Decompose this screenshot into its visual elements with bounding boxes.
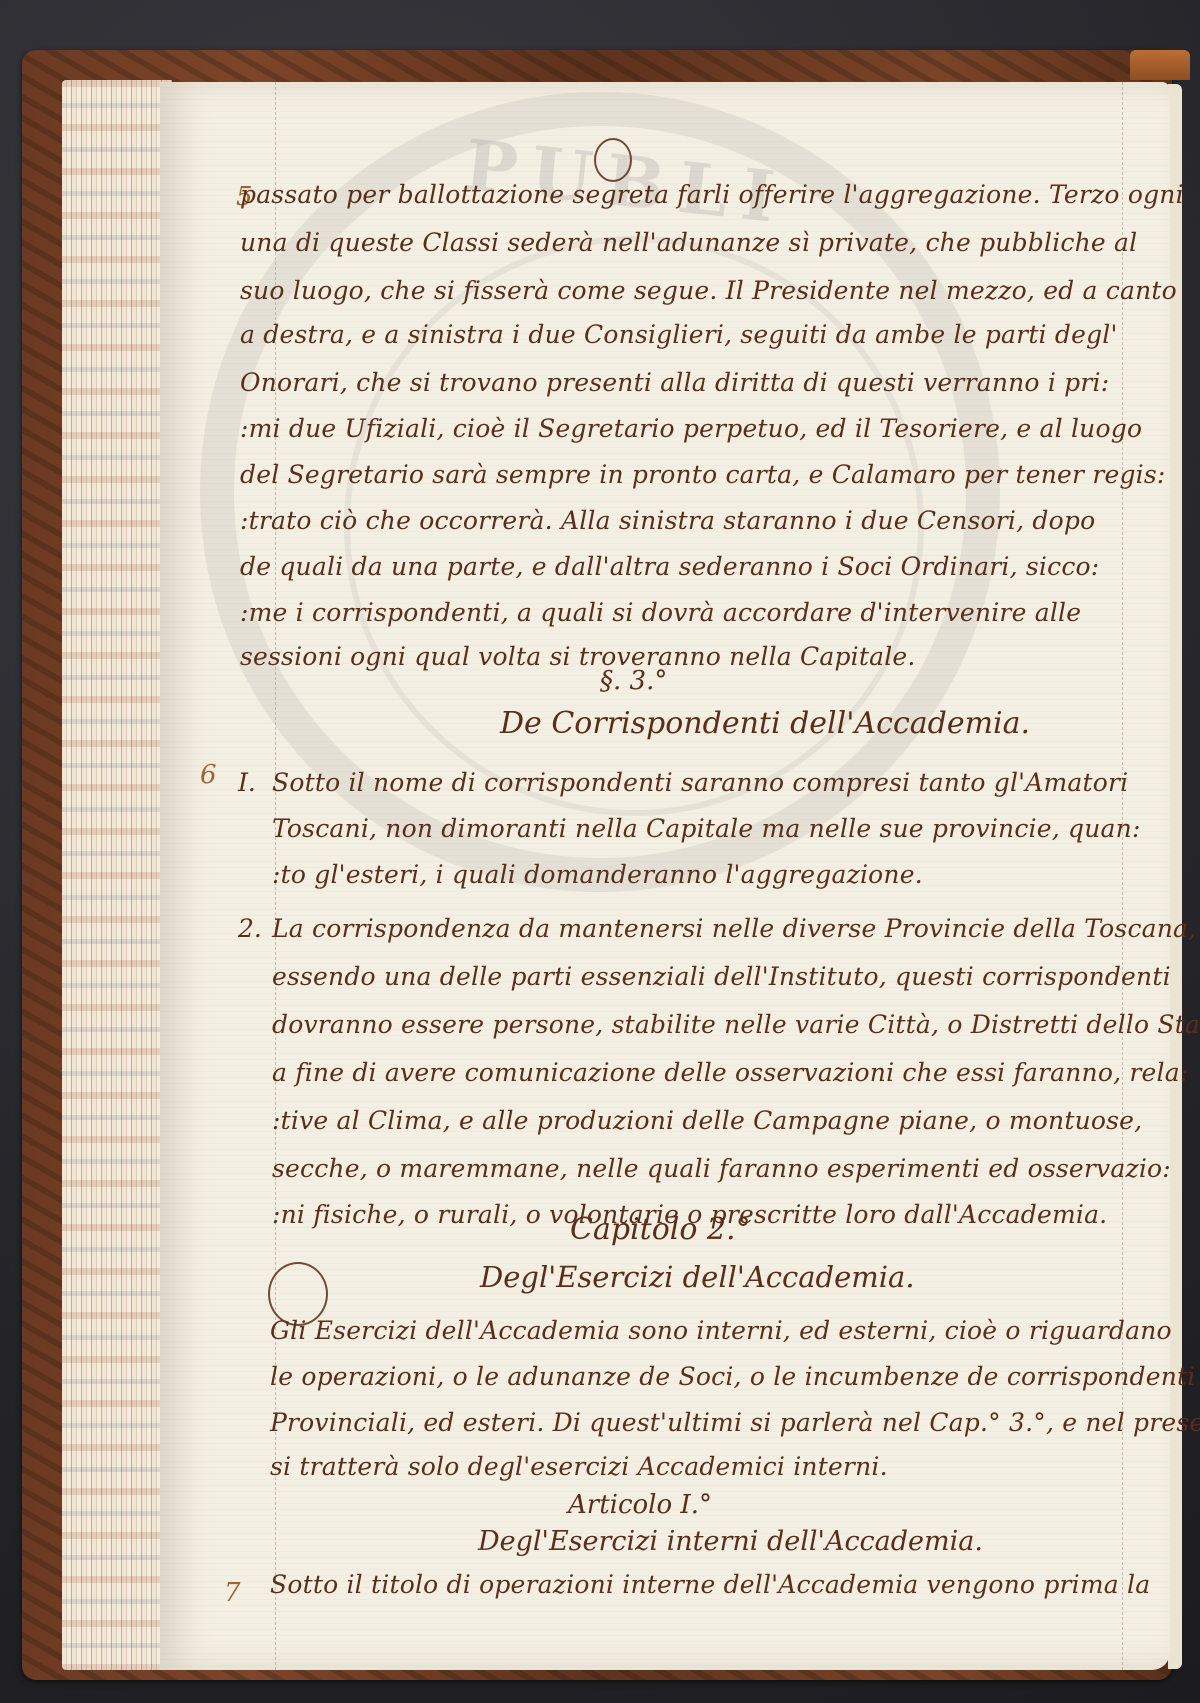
text-line: :mi due Ufiziali, cioè il Segretario per… (240, 414, 1142, 443)
page-edges-stack (62, 80, 172, 1670)
text-line: le operazioni, o le adunanze de Soci, o … (270, 1362, 1196, 1391)
text-line: Provinciali, ed esteri. Di quest'ultimi … (270, 1408, 1200, 1437)
text-line: Sotto il nome di corrispondenti saranno … (272, 768, 1128, 797)
text-line: essendo una delle parti essenziali dell'… (272, 962, 1171, 991)
chapter-subtitle: Degl'Esercizi dell'Accademia. (480, 1260, 915, 1294)
text-line: La corrispondenza da mantenersi nelle di… (272, 914, 1196, 943)
text-line: passato per ballottazione segreta farli … (240, 180, 1184, 209)
text-line: Toscani, non dimoranti nella Capitale ma… (272, 814, 1141, 843)
text-line: una di queste Classi sederà nell'adunanz… (240, 228, 1137, 257)
text-line: sessioni ogni qual volta si troveranno n… (240, 642, 916, 671)
text-line: :trato ciò che occorrerà. Alla sinistra … (240, 506, 1095, 535)
text-line: a fine di avere comunicazione delle osse… (272, 1058, 1188, 1087)
text-line: suo luogo, che si fisserà come segue. Il… (240, 276, 1177, 305)
article-title: Degl'Esercizi interni dell'Accademia. (478, 1526, 983, 1557)
text-line: Gli Esercizi dell'Accademia sono interni… (270, 1316, 1172, 1345)
item-number-1: I. (238, 768, 256, 797)
ornament-flourish (594, 138, 632, 182)
text-line: Sotto il titolo di operazioni interne de… (270, 1570, 1150, 1599)
item-number-2: 2. (238, 914, 262, 943)
article-heading: Articolo I.° (568, 1490, 712, 1520)
text-line: secche, o maremmane, nelle quali faranno… (272, 1154, 1171, 1183)
text-line: de quali da una parte, e dall'altra sede… (240, 552, 1099, 581)
margin-number-7: 7 (224, 1578, 241, 1608)
text-line: Onorari, che si trovano presenti alla di… (240, 368, 1109, 397)
section-title: De Corrispondenti dell'Accademia. (500, 706, 1030, 741)
margin-number-6: 6 (200, 760, 217, 790)
bookmark-ribbon (1130, 50, 1190, 80)
text-line: :me i corrispondenti, a quali si dovrà a… (240, 598, 1081, 627)
chapter-title: Capitolo 2.° (570, 1212, 751, 1247)
text-line: :to gl'esteri, i quali domanderanno l'ag… (272, 860, 923, 889)
text-line: del Segretario sarà sempre in pronto car… (240, 460, 1166, 489)
text-line: a destra, e a sinistra i due Consiglieri… (240, 320, 1118, 349)
text-line: :tive al Clima, e alle produzioni delle … (272, 1106, 1142, 1135)
text-line: dovranno essere persone, stabilite nelle… (272, 1010, 1200, 1039)
text-line: si tratterà solo degl'esercizi Accademic… (270, 1452, 888, 1481)
section-number: §. 3.° (600, 666, 667, 696)
